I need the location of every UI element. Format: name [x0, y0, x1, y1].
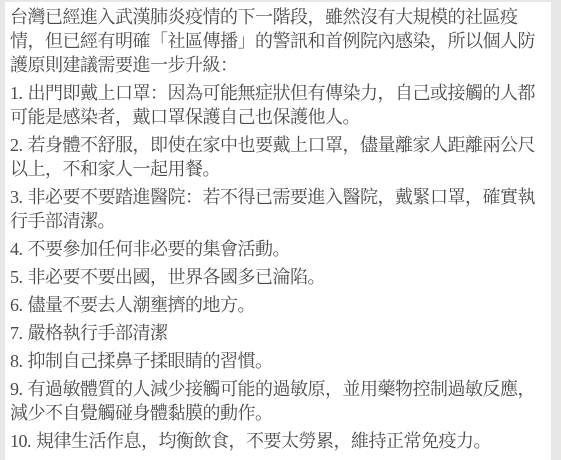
intro-paragraph: 台灣已經進入武漢肺炎疫情的下一階段，雖然沒有大規模的社區疫情，但已經有明確「社區… — [10, 5, 545, 77]
item-number: 5. — [10, 267, 23, 287]
guideline-item-8: 8.抑制自己揉鼻子揉眼睛的習慣。 — [10, 349, 545, 373]
item-text: 出門即戴上口罩：因為可能無症狀但有傳染力，自己或接觸的人都可能是感染者，戴口罩保… — [10, 83, 535, 127]
guideline-item-2: 2.若身體不舒服，即使在家中也要戴上口罩，儘量離家人距離兩公尺以上，不和家人一起… — [10, 133, 545, 181]
page-background: 台灣已經進入武漢肺炎疫情的下一階段，雖然沒有大規模的社區疫情，但已經有明確「社區… — [0, 0, 561, 460]
item-text: 有過敏體質的人減少接觸可能的過敏原，並用藥物控制過敏反應，減少不自覺觸碰身體黏膜… — [10, 379, 535, 423]
guideline-item-1: 1.出門即戴上口罩：因為可能無症狀但有傳染力，自己或接觸的人都可能是感染者，戴口… — [10, 81, 545, 129]
item-number: 3. — [10, 187, 23, 207]
item-number: 6. — [10, 295, 23, 315]
guideline-item-7: 7.嚴格執行手部清潔 — [10, 321, 545, 345]
item-number: 4. — [10, 239, 23, 259]
guideline-item-6: 6.儘量不要去人潮壅擠的地方。 — [10, 293, 545, 317]
item-text: 抑制自己揉鼻子揉眼睛的習慣。 — [28, 351, 273, 371]
item-text: 儘量不要去人潮壅擠的地方。 — [28, 295, 256, 315]
item-text: 規律生活作息，均衡飲食，不要太勞累，維持正常免疫力。 — [36, 431, 491, 451]
guideline-item-9: 9.有過敏體質的人減少接觸可能的過敏原，並用藥物控制過敏反應，減少不自覺觸碰身體… — [10, 377, 545, 425]
item-text: 非必要不要踏進醫院：若不得已需要進入醫院，戴緊口罩，確實執行手部清潔。 — [10, 187, 535, 231]
guideline-item-5: 5.非必要不要出國，世界各國多已淪陷。 — [10, 265, 545, 289]
item-number: 8. — [10, 351, 23, 371]
item-text: 不要參加任何非必要的集會活動。 — [28, 239, 291, 259]
item-number: 1. — [10, 83, 23, 103]
item-text: 非必要不要出國，世界各國多已淪陷。 — [28, 267, 326, 287]
item-text: 嚴格執行手部清潔 — [28, 323, 168, 343]
item-text: 若身體不舒服，即使在家中也要戴上口罩，儘量離家人距離兩公尺以上，不和家人一起用餐… — [10, 135, 535, 179]
item-number: 9. — [10, 379, 23, 399]
item-number: 2. — [10, 135, 23, 155]
guideline-item-3: 3.非必要不要踏進醫院：若不得已需要進入醫院，戴緊口罩，確實執行手部清潔。 — [10, 185, 545, 233]
guideline-item-4: 4.不要參加任何非必要的集會活動。 — [10, 237, 545, 261]
guideline-item-10: 10.規律生活作息，均衡飲食，不要太勞累，維持正常免疫力。 — [10, 429, 545, 453]
article-card: 台灣已經進入武漢肺炎疫情的下一階段，雖然沒有大規模的社區疫情，但已經有明確「社區… — [5, 2, 551, 460]
item-number: 10. — [10, 431, 31, 451]
item-number: 7. — [10, 323, 23, 343]
